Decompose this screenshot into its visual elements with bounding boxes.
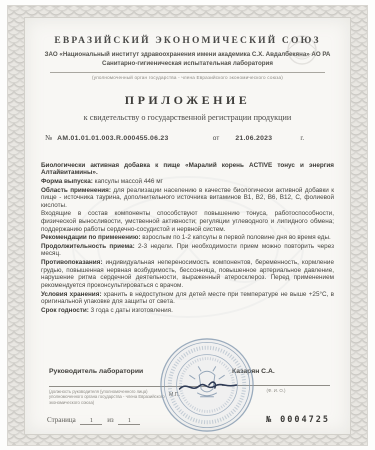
paragraph-shelf-life: Срок годности: 3 года с даты изготовлени… bbox=[41, 307, 334, 315]
page-current: 1 bbox=[80, 417, 102, 425]
page-total: 1 bbox=[118, 417, 140, 425]
document-sheet: ЕВРАЗИЙСКИЙ ЭКОНОМИЧЕСКИЙ СОЮЗ ЗАО «Наци… bbox=[24, 17, 351, 435]
paragraph-contraindications: Противопоказания: индивидуальная неперен… bbox=[41, 259, 334, 289]
year-suffix: г. bbox=[300, 135, 304, 142]
number-sign: № bbox=[45, 133, 52, 142]
paragraph-form: Форма выпуска: капсулы массой 446 мг bbox=[41, 178, 334, 186]
laboratory-name: Санитарно-гигиеническая испытательная ла… bbox=[41, 60, 334, 67]
paragraph-storage: Условия хранения: хранить в недоступном … bbox=[41, 291, 334, 306]
page-label: Страница bbox=[47, 416, 76, 424]
document-footer: Страница 1 из 1 № 0004725 bbox=[41, 415, 334, 425]
organization-name: ЗАО «Национальный институт здравоохранен… bbox=[41, 51, 334, 59]
paragraph-application-area: Область применения: для реализации насел… bbox=[41, 187, 334, 210]
blank-serial-number: № 0004725 bbox=[266, 415, 334, 425]
paragraph-components: Входящие в состав компоненты способствую… bbox=[41, 210, 334, 233]
paragraph-duration: Продолжительность приема: 2-3 недели. Пр… bbox=[41, 243, 334, 258]
registration-date: 21.06.2023 bbox=[235, 135, 272, 142]
authority-caption: (уполномоченный орган государства - член… bbox=[41, 75, 334, 80]
page-counter: Страница 1 из 1 bbox=[41, 416, 143, 425]
registration-number: AM.01.01.01.003.R.000455.06.23 bbox=[57, 135, 168, 142]
registration-number-row: № AM.01.01.01.003.R.000455.06.23 от 21.0… bbox=[41, 133, 334, 142]
union-title: ЕВРАЗИЙСКИЙ ЭКОНОМИЧЕСКИЙ СОЮЗ bbox=[41, 36, 334, 46]
of-label: из bbox=[107, 416, 114, 424]
position-note: (должность руководителя (уполномоченного… bbox=[49, 389, 167, 405]
paragraph-product: Биологически активная добавка к пище «Ма… bbox=[41, 162, 334, 177]
product-description: Биологически активная добавка к пище «Ма… bbox=[41, 162, 334, 315]
certificate-page: ЕВРАЗИЙСКИЙ ЭКОНОМИЧЕСКИЙ СОЮЗ ЗАО «Наци… bbox=[0, 0, 375, 450]
header-divider bbox=[50, 72, 325, 73]
document-title: ПРИЛОЖЕНИЕ bbox=[41, 93, 334, 108]
from-label: от bbox=[213, 135, 220, 142]
document-subtitle: к свидетельству о государственной регист… bbox=[41, 113, 334, 122]
paragraph-recommendations: Рекомендации по применению: взрослым по … bbox=[41, 234, 334, 242]
